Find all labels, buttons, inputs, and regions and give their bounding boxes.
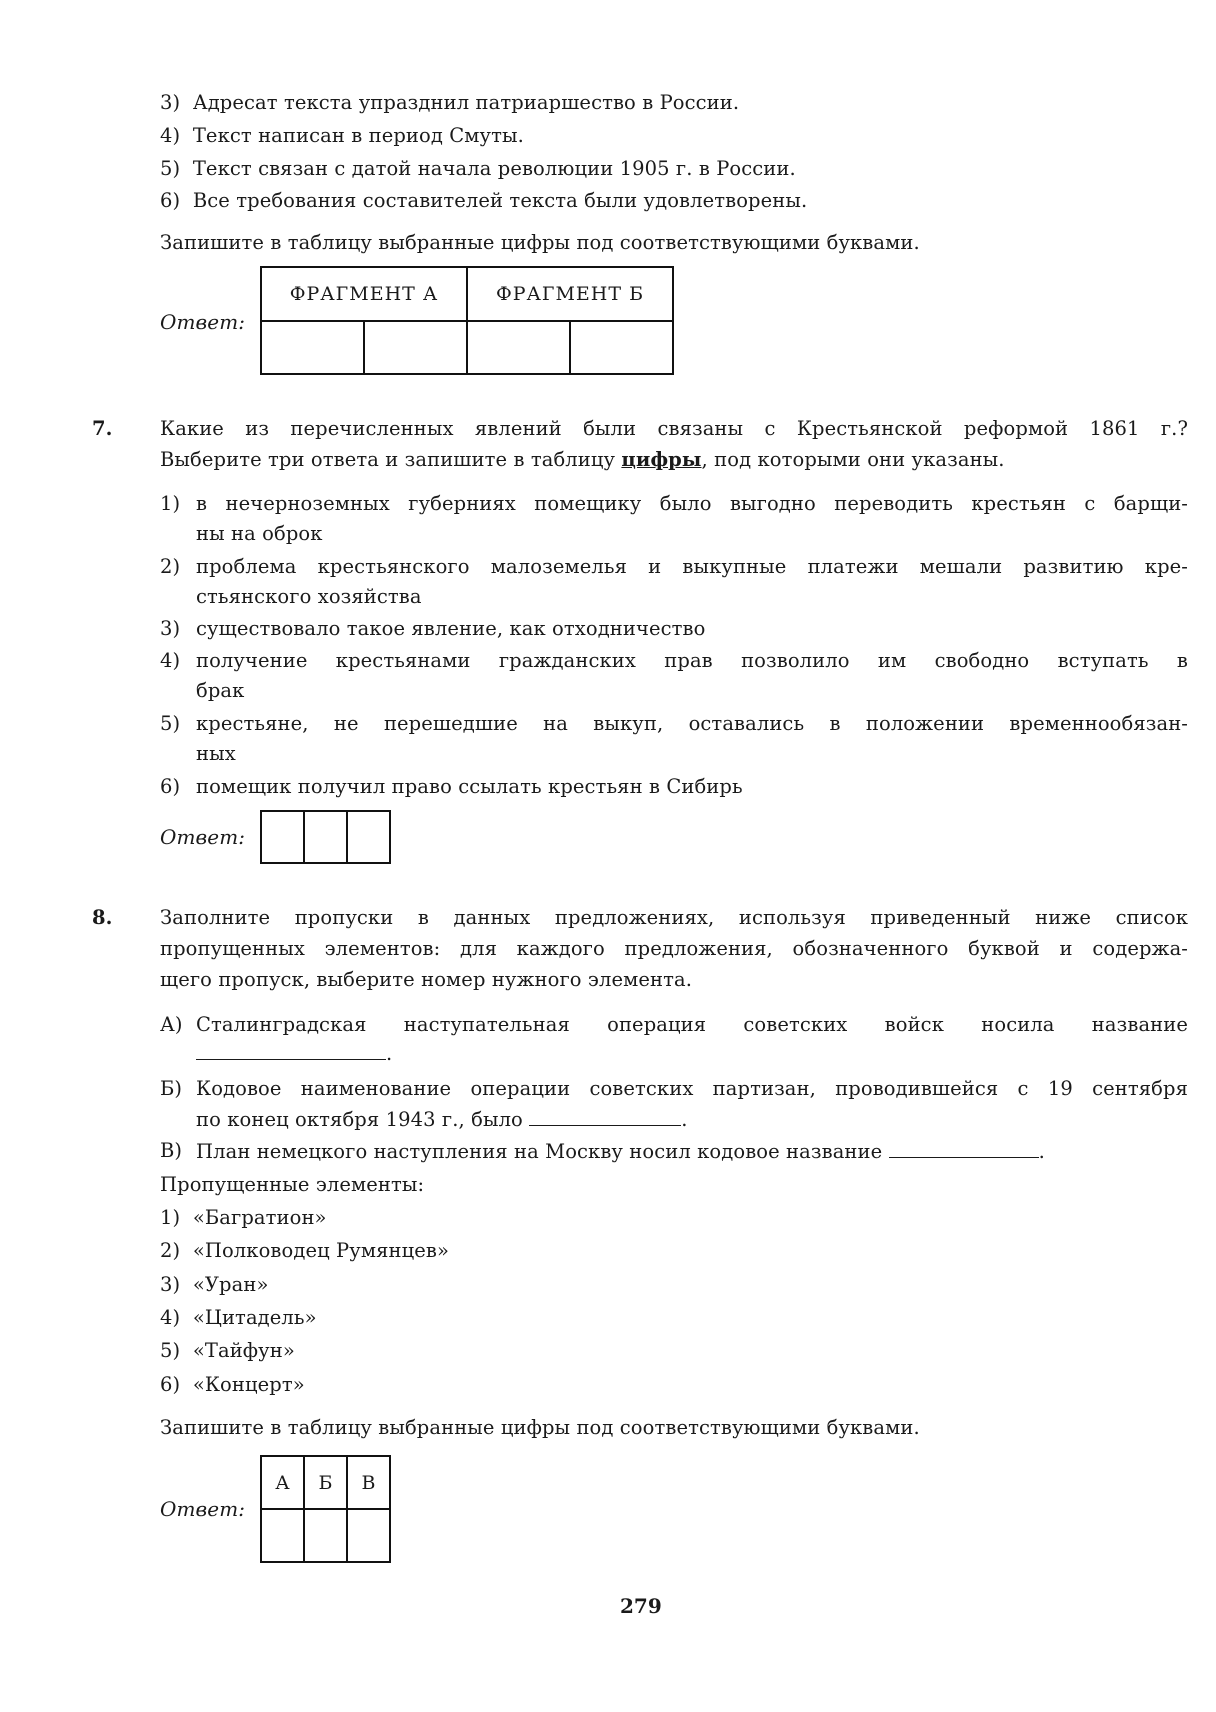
q7-option-6: помещик получил право ссылать крестьян в… <box>196 775 743 799</box>
q8-answer-cell[interactable] <box>347 1509 390 1562</box>
q7-option-5-cont: ных <box>196 742 236 766</box>
q8-answer-cell[interactable] <box>261 1509 304 1562</box>
q7-answer-table <box>260 810 391 864</box>
q7-option-1-cont: ны на оброк <box>196 522 323 546</box>
q6-answer-cell[interactable] <box>570 321 673 374</box>
q7-answer-cell[interactable] <box>347 811 390 863</box>
q8-sentence-b-blank[interactable] <box>529 1107 681 1126</box>
q8-sentence-b-cont: по конец октября 1943 г., было . <box>196 1107 688 1132</box>
q7-emphasis: цифры <box>621 448 701 471</box>
q8-element-6: 6) «Концерт» <box>160 1373 305 1397</box>
q6-answer-table: ФРАГМЕНТ А ФРАГМЕНТ Б <box>260 266 674 375</box>
q8-sentence-letter: В) <box>160 1139 182 1163</box>
q8-sentence-a: Сталинградская наступательная операция с… <box>196 1013 1188 1037</box>
q8-sentence-v: План немецкого наступления на Москву нос… <box>196 1139 1045 1164</box>
q8-sentence-letter: А) <box>160 1013 183 1037</box>
q8-element-5: 5) «Тайфун» <box>160 1339 295 1363</box>
q7-option-2-cont: стьянского хозяйства <box>196 585 422 609</box>
q6-answer-cell[interactable] <box>364 321 467 374</box>
q7-question-line2: Выберите три ответа и запишите в таблицу… <box>160 448 1005 472</box>
q7-option-number: 6) <box>160 775 180 799</box>
q8-header-a: А <box>261 1456 304 1509</box>
q7-option-number: 5) <box>160 712 180 736</box>
q8-sentence-v-blank[interactable] <box>889 1139 1039 1158</box>
q7-option-1: в нечерноземных губерниях помещику было … <box>196 492 1188 516</box>
q8-sentence-b: Кодовое наименование операции советских … <box>196 1077 1188 1101</box>
q8-answer-table: А Б В <box>260 1455 391 1563</box>
q7-option-number: 2) <box>160 555 180 579</box>
q8-header-b: Б <box>304 1456 347 1509</box>
q8-header-v: В <box>347 1456 390 1509</box>
q7-question-line1: Какие из перечисленных явлений были связ… <box>160 417 1188 441</box>
q6-header-fragment-a: ФРАГМЕНТ А <box>261 267 467 321</box>
textbook-page: 3) Адресат текста упразднил патриаршеств… <box>0 0 1216 1712</box>
q8-answer-cell[interactable] <box>304 1509 347 1562</box>
q8-intro-line2: пропущенных элементов: для каждого предл… <box>160 937 1188 961</box>
q8-sentence-letter: Б) <box>160 1077 182 1101</box>
page-number: 279 <box>620 1594 662 1618</box>
q7-option-3: существовало такое явление, как отходнич… <box>196 617 705 641</box>
q6-option-4: 4) Текст написан в период Смуты. <box>160 124 524 148</box>
q6-option-6: 6) Все требования составителей текста бы… <box>160 189 807 213</box>
q8-elements-title: Пропущенные элементы: <box>160 1173 424 1197</box>
q7-option-4: получение крестьянами гражданских прав п… <box>196 649 1188 673</box>
q7-option-number: 3) <box>160 617 180 641</box>
q7-answer-cell[interactable] <box>304 811 347 863</box>
q7-option-2: проблема крестьянского малоземелья и вык… <box>196 555 1188 579</box>
q8-element-2: 2) «Полководец Румянцев» <box>160 1239 449 1263</box>
q8-instruction: Запишите в таблицу выбранные цифры под с… <box>160 1416 920 1440</box>
q8-element-4: 4) «Цитадель» <box>160 1306 317 1330</box>
q6-answer-cell[interactable] <box>467 321 570 374</box>
q7-option-4-cont: брак <box>196 679 244 703</box>
q8-intro-line3: щего пропуск, выберите номер нужного эле… <box>160 968 692 992</box>
q7-number: 7. <box>92 417 112 441</box>
q8-number: 8. <box>92 906 112 930</box>
q6-option-3: 3) Адресат текста упразднил патриаршеств… <box>160 91 739 115</box>
q6-header-fragment-b: ФРАГМЕНТ Б <box>467 267 673 321</box>
q8-answer-label: Ответ: <box>160 1497 245 1521</box>
q6-option-5: 5) Текст связан с датой начала революции… <box>160 157 796 181</box>
q6-answer-label: Ответ: <box>160 310 245 334</box>
q8-element-3: 3) «Уран» <box>160 1273 269 1297</box>
q7-option-5: крестьяне, не перешедшие на выкуп, остав… <box>196 712 1188 736</box>
q6-instruction: Запишите в таблицу выбранные цифры под с… <box>160 231 920 255</box>
q8-sentence-a-blank[interactable]: . <box>196 1041 392 1066</box>
q6-answer-cell[interactable] <box>261 321 364 374</box>
q8-intro-line1: Заполните пропуски в данных предложениях… <box>160 906 1188 930</box>
q7-answer-cell[interactable] <box>261 811 304 863</box>
q7-option-number: 4) <box>160 649 180 673</box>
q8-element-1: 1) «Багратион» <box>160 1206 327 1230</box>
q7-option-number: 1) <box>160 492 180 516</box>
q7-answer-label: Ответ: <box>160 825 245 849</box>
